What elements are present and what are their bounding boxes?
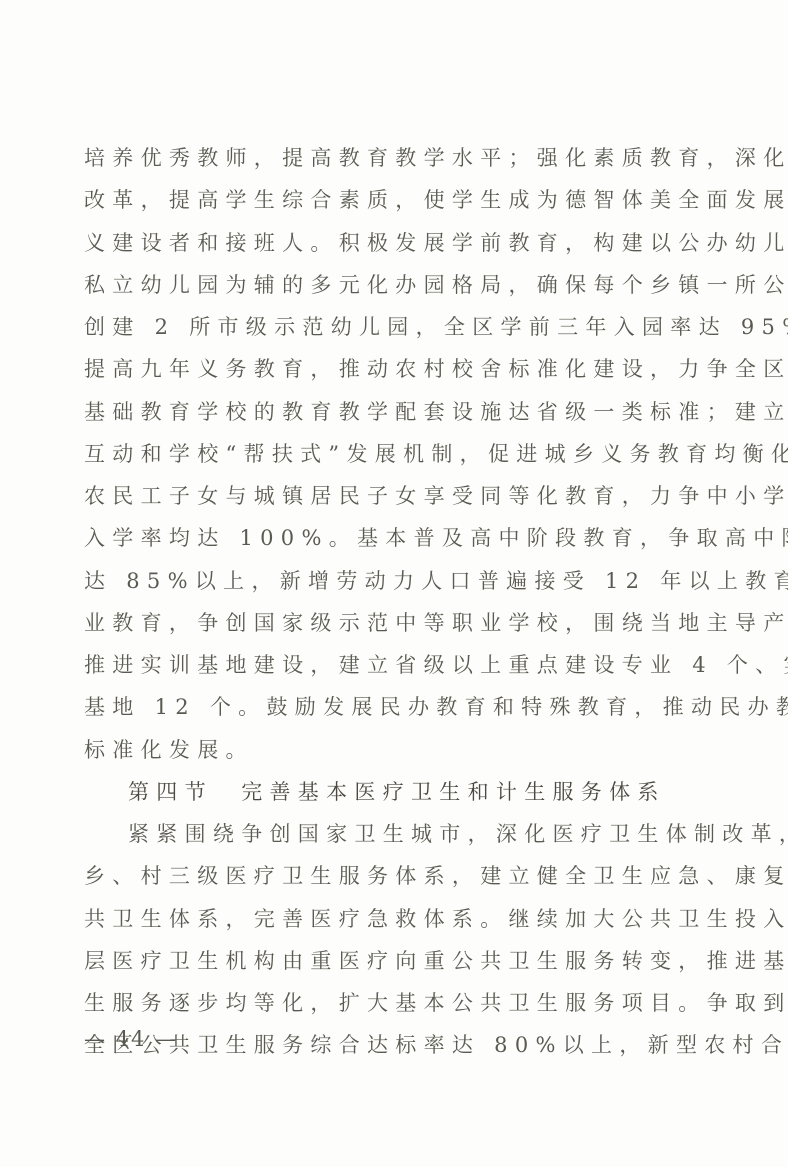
- text-line: 互动和学校“帮扶式”发展机制，促进城乡义务教育均衡化发展，实现: [84, 433, 684, 475]
- text-line: 标准化发展。: [84, 729, 684, 771]
- text-line: 义建设者和接班人。积极发展学前教育，构建以公办幼儿园为主、: [84, 222, 684, 264]
- text-line: 创建 2 所市级示范幼儿园，全区学前三年入园率达 95%以上。巩固: [84, 306, 684, 348]
- document-page: 培养优秀教师，提高教育教学水平；强化素质教育，深化教育教学 改革，提高学生综合素…: [0, 0, 788, 1167]
- text-line: 乡、村三级医疗卫生服务体系，建立健全卫生应急、康复保健等公: [84, 855, 684, 897]
- text-line: 层医疗卫生机构由重医疗向重公共卫生服务转变，推进基本公共卫: [84, 940, 684, 982]
- text-line: 农民工子女与城镇居民子女享受同等化教育，力争中小学适龄人口: [84, 475, 684, 517]
- text-line: 推进实训基地建设，建立省级以上重点建设专业 4 个、实习与就业: [84, 644, 684, 686]
- page-number: — 44 —: [84, 1027, 178, 1051]
- text-line: 私立幼儿园为辅的多元化办园格局，确保每个乡镇一所公办幼儿园，: [84, 264, 684, 306]
- text-line: 基础教育学校的教育教学配套设施达省级一类标准；建立城乡师资: [84, 391, 684, 433]
- text-line: 生服务逐步均等化，扩大基本公共卫生服务项目。争取到 2015 年，: [84, 982, 684, 1024]
- text-line: 基地 12 个。鼓励发展民办教育和特殊教育，推动民办教育规范化、: [84, 686, 684, 728]
- text-line: 紧紧围绕争创国家卫生城市，深化医疗卫生体制改革，完善区、: [84, 813, 684, 855]
- text-line: 提高九年义务教育，推动农村校舍标准化建设，力争全区 80%以上: [84, 348, 684, 390]
- section-heading: 第四节 完善基本医疗卫生和计生服务体系: [84, 771, 684, 813]
- text-line: 入学率均达 100%。基本普及高中阶段教育，争取高中阶段毛入学率: [84, 517, 684, 559]
- body-text: 培养优秀教师，提高教育教学水平；强化素质教育，深化教育教学 改革，提高学生综合素…: [84, 137, 684, 1067]
- text-line: 业教育，争创国家级示范中等职业学校，围绕当地主导产业发展，: [84, 602, 684, 644]
- text-line: 达 85%以上，新增劳动力人口普遍接受 12 年以上教育。大力发展职: [84, 560, 684, 602]
- text-line: 共卫生体系，完善医疗急救体系。继续加大公共卫生投入，实现基: [84, 898, 684, 940]
- text-line: 培养优秀教师，提高教育教学水平；强化素质教育，深化教育教学: [84, 137, 684, 179]
- text-line: 改革，提高学生综合素质，使学生成为德智体美全面发展的社会主: [84, 179, 684, 221]
